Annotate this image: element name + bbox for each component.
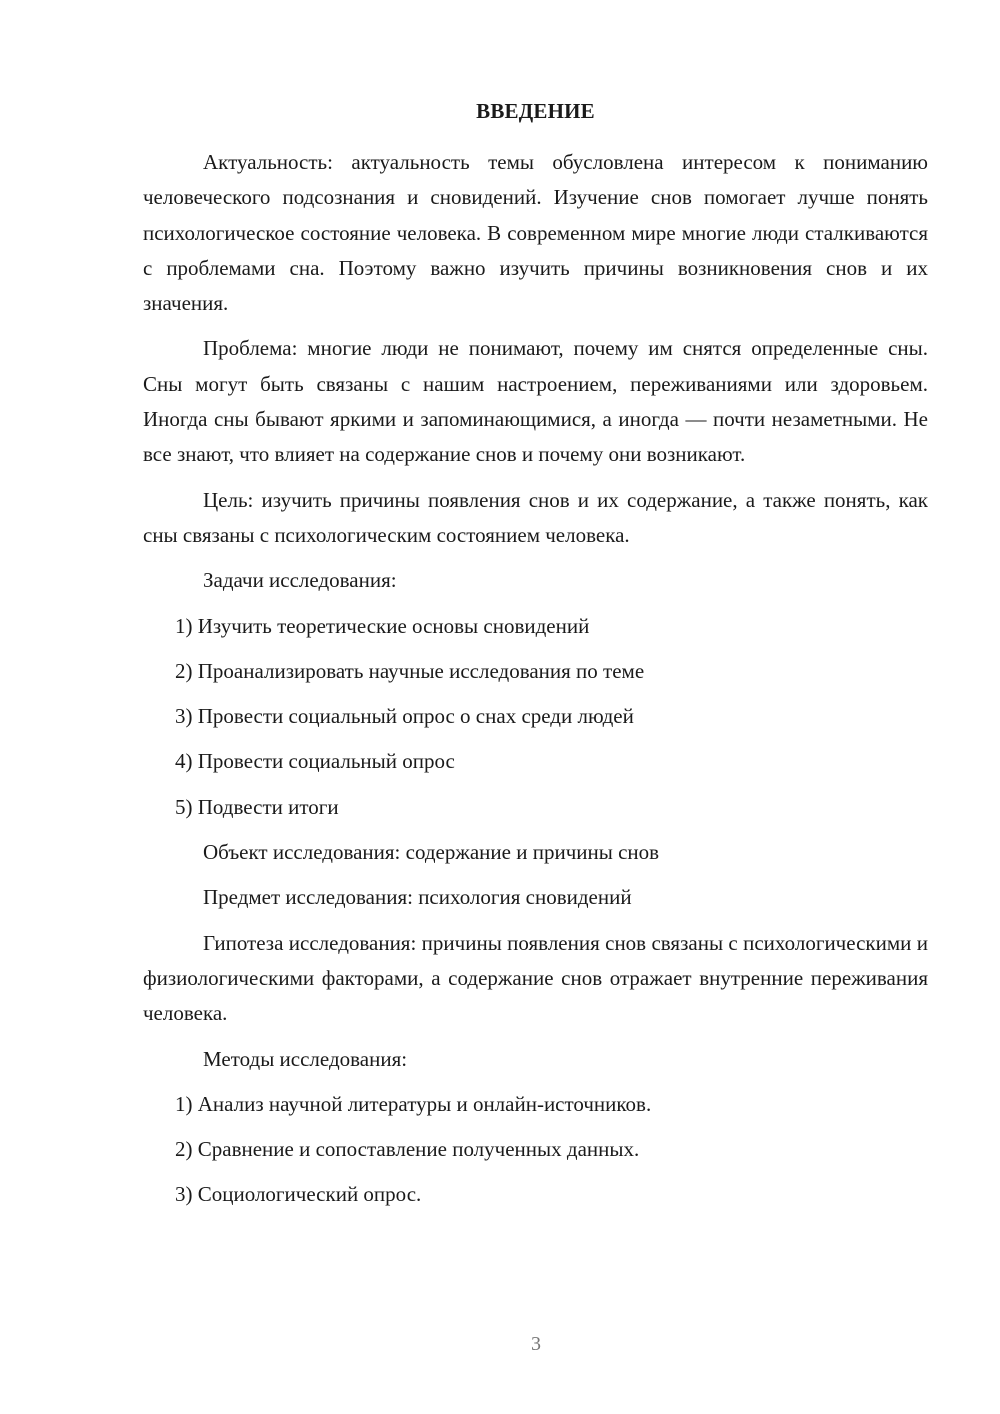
document-page: ВВЕДЕНИЕ Актуальность: актуальность темы… [143,96,928,1223]
task-item: 1) Изучить теоретические основы сновиден… [143,609,928,644]
page-number: 3 [0,1333,1000,1356]
tasks-list: 1) Изучить теоретические основы сновиден… [143,609,928,825]
methods-label: Методы исследования: [143,1042,928,1077]
method-item: 2) Сравнение и сопоставление полученных … [143,1132,928,1167]
task-item: 3) Провести социальный опрос о снах сред… [143,699,928,734]
problem-paragraph: Проблема: многие люди не понимают, почем… [143,331,928,472]
relevance-paragraph: Актуальность: актуальность темы обусловл… [143,145,928,321]
task-item: 2) Проанализировать научные исследования… [143,654,928,689]
object-line: Объект исследования: содержание и причин… [143,835,928,870]
task-item: 5) Подвести итоги [143,790,928,825]
task-item: 4) Провести социальный опрос [143,744,928,779]
tasks-label: Задачи исследования: [143,563,928,598]
method-item: 3) Социологический опрос. [143,1177,928,1212]
goal-paragraph: Цель: изучить причины появления снов и и… [143,483,928,554]
hypothesis-paragraph: Гипотеза исследования: причины появления… [143,926,928,1032]
section-heading: ВВЕДЕНИЕ [143,96,928,126]
method-item: 1) Анализ научной литературы и онлайн-ис… [143,1087,928,1122]
subject-line: Предмет исследования: психология сновиде… [143,880,928,915]
methods-list: 1) Анализ научной литературы и онлайн-ис… [143,1087,928,1213]
